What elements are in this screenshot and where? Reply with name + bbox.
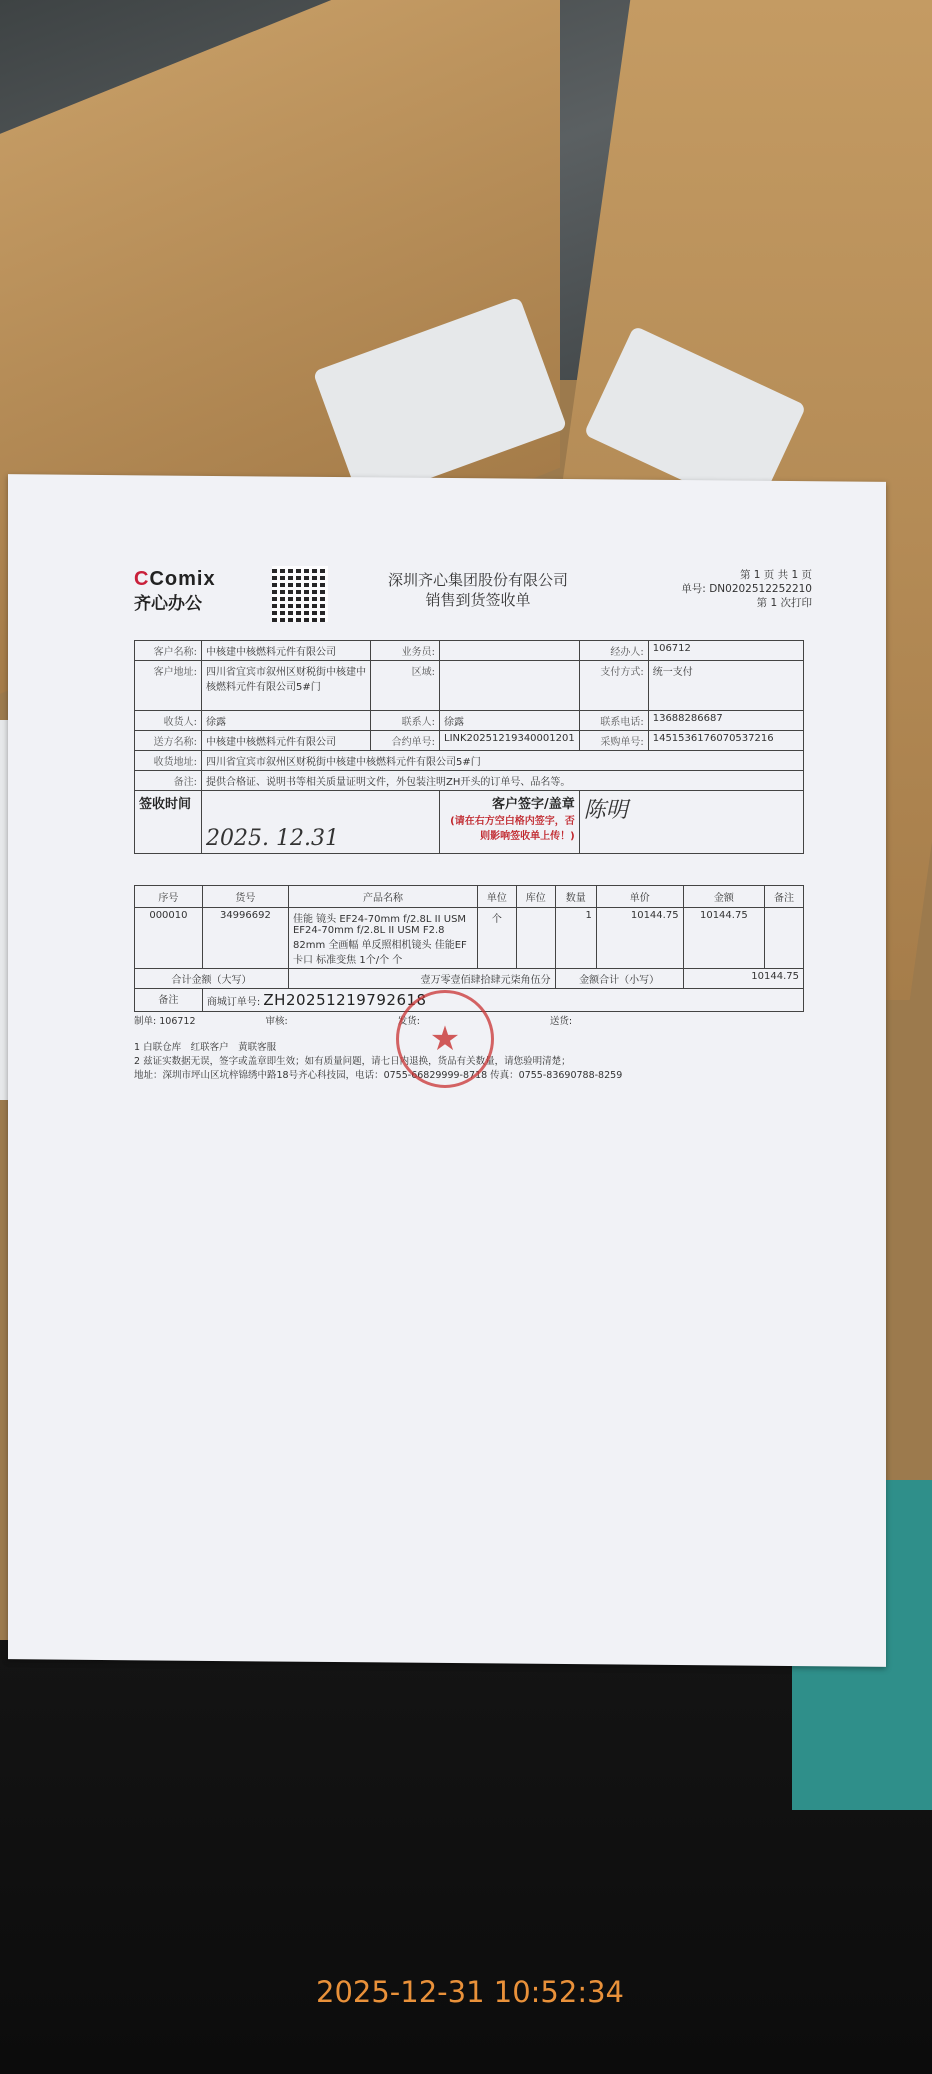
receiver: 徐露	[202, 711, 371, 731]
cell-sku: 34996692	[202, 908, 288, 969]
cell-note	[765, 908, 804, 969]
total-upper-label: 合计金额（大写）	[135, 969, 289, 989]
cell-name: 佳能 镜头 EF24-70mm f/2.8L II USM EF24-70mm …	[288, 908, 477, 969]
column-header: 序号	[135, 886, 203, 908]
column-header: 产品名称	[288, 886, 477, 908]
handwritten-date: 2025. 12.31	[206, 826, 339, 851]
delivery-address: 四川省宜宾市叙州区财税街中核建中核燃料元件有限公司5#门	[202, 751, 804, 771]
document-title: 深圳齐心集团股份有限公司 销售到货签收单	[348, 570, 608, 610]
purchase-no-label: 采购单号:	[579, 731, 648, 751]
column-header: 备注	[765, 886, 804, 908]
review-label: 审核:	[266, 1015, 288, 1029]
payment-label: 支付方式:	[579, 661, 648, 711]
signoff-time-label: 签收时间	[135, 791, 202, 854]
delivery-address-label: 收货地址:	[135, 751, 202, 771]
payment-method: 统一支付	[648, 661, 803, 711]
comix-logo: CComix 齐心办公	[134, 568, 216, 614]
maker: 106712	[159, 1016, 195, 1027]
ship-to-label: 送方名称:	[135, 731, 202, 751]
logo-text-en: Comix	[149, 568, 215, 590]
contact-label: 联系人:	[371, 711, 440, 731]
signature-note: (请在右方空白格内签字，否则影响签收单上传！)	[444, 812, 575, 842]
company-seal-stamp: ★	[396, 990, 494, 1088]
photo-timestamp: 2025-12-31 10:52:34	[316, 1975, 624, 2009]
column-header: 单价	[596, 886, 683, 908]
items-remark-label: 备注	[135, 989, 203, 1012]
customer-address: 四川省宜宾市叙州区财税街中核建中核燃料元件有限公司5#门	[202, 661, 371, 711]
logo-text-cn: 齐心办公	[134, 589, 216, 614]
contact: 徐露	[440, 711, 580, 731]
doc-no-label: 单号:	[681, 583, 706, 595]
company-name: 深圳齐心集团股份有限公司	[348, 570, 608, 590]
column-header: 数量	[555, 886, 596, 908]
cell-price: 10144.75	[596, 908, 683, 969]
mall-order-no: ZH20251219792618	[263, 991, 426, 1009]
phone: 13688286687	[648, 711, 803, 731]
contract-no-label: 合约单号:	[371, 731, 440, 751]
contract-no: LINK20251219340001201	[440, 731, 580, 751]
remark-label: 备注:	[135, 771, 202, 791]
receiver-label: 收货人:	[135, 711, 202, 731]
column-header: 货号	[202, 886, 288, 908]
doc-no: DN0202512252210	[709, 583, 812, 595]
page-info: 第 1 页 共 1 页	[681, 568, 812, 582]
customer-name-label: 客户名称:	[135, 641, 202, 661]
handwritten-signature: 陈明	[584, 798, 628, 823]
customer-info-table: 客户名称: 中核建中核燃料元件有限公司 业务员: 经办人: 106712 客户地…	[134, 640, 804, 854]
qr-code-icon	[272, 566, 328, 622]
cell-seq: 000010	[135, 908, 203, 969]
cell-unit: 个	[477, 908, 516, 969]
salesperson-label: 业务员:	[371, 641, 440, 661]
cell-amount: 10144.75	[683, 908, 765, 969]
cell-location	[516, 908, 555, 969]
column-header: 单位	[477, 886, 516, 908]
cell-qty: 1	[555, 908, 596, 969]
salesperson	[440, 641, 580, 661]
total-lower-label: 金额合计（小写）	[555, 969, 683, 989]
form-title: 销售到货签收单	[348, 590, 608, 610]
customer-address-label: 客户地址:	[135, 661, 202, 711]
star-icon: ★	[430, 1019, 460, 1059]
ship-to: 中核建中核燃料元件有限公司	[202, 731, 371, 751]
total-lower: 10144.75	[683, 969, 803, 989]
mall-order-label: 商城订单号:	[207, 997, 260, 1008]
print-count: 第 1 次打印	[681, 596, 812, 610]
items-table-header: 序号货号产品名称单位库位数量单价金额备注	[135, 886, 804, 908]
column-header: 库位	[516, 886, 555, 908]
maker-label: 制单:	[134, 1016, 156, 1027]
items-table: 序号货号产品名称单位库位数量单价金额备注 00001034996692佳能 镜头…	[134, 885, 804, 1012]
remark: 提供合格证、说明书等相关质量证明文件，外包装注明ZH开头的订单号、品名等。	[202, 771, 804, 791]
total-upper: 壹万零壹佰肆拾肆元柒角伍分	[288, 969, 555, 989]
purchase-no: 1451536176070537216	[648, 731, 803, 751]
signature-label: 客户签字/盖章	[444, 793, 575, 812]
region-label: 区域:	[371, 661, 440, 711]
deliver-label: 送货:	[550, 1015, 572, 1029]
table-row: 00001034996692佳能 镜头 EF24-70mm f/2.8L II …	[135, 908, 804, 969]
handler-label: 经办人:	[579, 641, 648, 661]
region	[440, 661, 580, 711]
phone-label: 联系电话:	[579, 711, 648, 731]
column-header: 金额	[683, 886, 765, 908]
document-meta: 第 1 页 共 1 页 单号: DN0202512252210 第 1 次打印	[681, 568, 812, 610]
customer-name: 中核建中核燃料元件有限公司	[202, 641, 371, 661]
handler: 106712	[648, 641, 803, 661]
